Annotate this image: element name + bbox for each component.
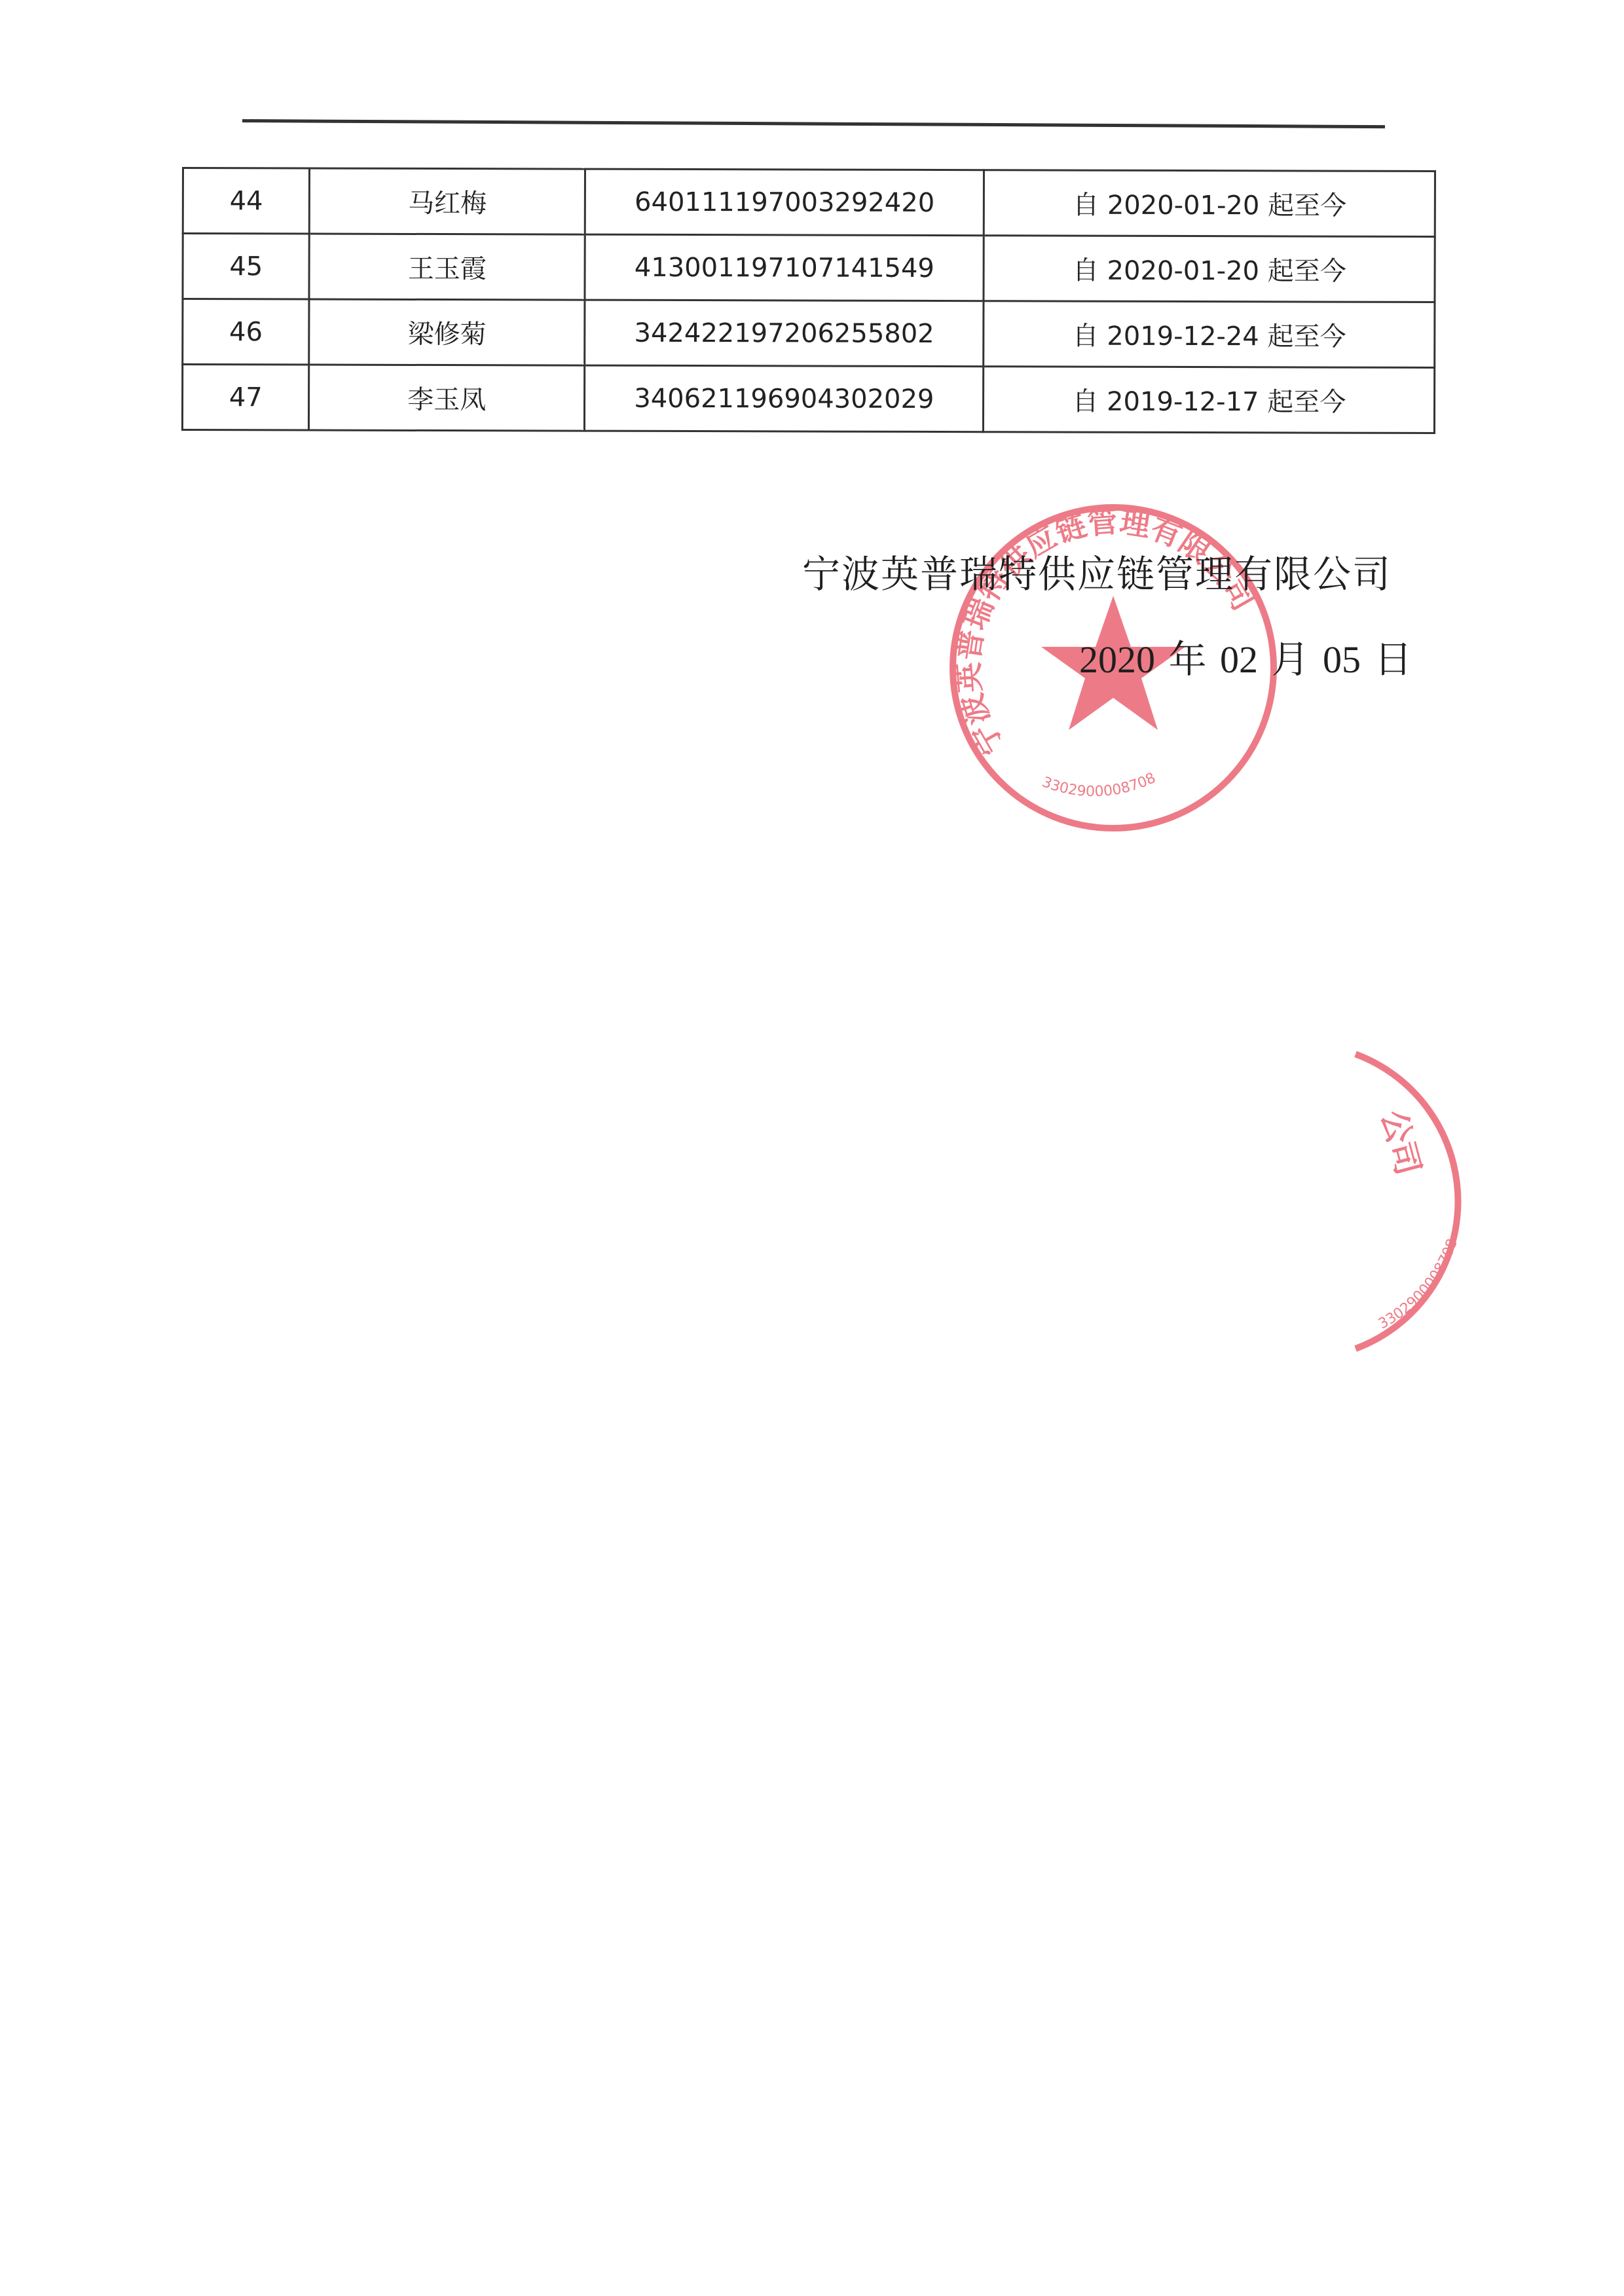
- employee-name: 王玉霞: [309, 234, 585, 300]
- signature-date: 2020 年 02 月 05 日: [1079, 629, 1412, 683]
- row-number: 45: [183, 234, 310, 300]
- employment-period: 自 2020-01-20 起至今: [984, 170, 1435, 237]
- employment-period: 自 2019-12-24 起至今: [984, 301, 1435, 368]
- employee-name: 梁修菊: [309, 299, 585, 365]
- employment-period: 自 2019-12-17 起至今: [984, 367, 1435, 433]
- table-row: 46 梁修菊 342422197206255802 自 2019-12-24 起…: [183, 299, 1435, 368]
- id-number: 640111197003292420: [585, 169, 984, 236]
- table-row: 44 马红梅 640111197003292420 自 2020-01-20 起…: [183, 168, 1435, 237]
- company-name: 宁波英普瑞特供应链管理有限公司: [802, 543, 1392, 598]
- id-number: 342422197206255802: [585, 300, 984, 367]
- table-row: 47 李玉凤 340621196904302029 自 2019-12-17 起…: [182, 365, 1434, 433]
- employee-table: 44 马红梅 640111197003292420 自 2020-01-20 起…: [181, 167, 1436, 434]
- partial-seal-text: 公司: [1374, 1106, 1428, 1179]
- row-number: 47: [182, 365, 309, 431]
- svg-text:3302900008708: 3302900008708: [1040, 770, 1158, 800]
- id-number: 340621196904302029: [585, 365, 984, 432]
- svg-text:3302900008708: 3302900008708: [1376, 1237, 1461, 1332]
- row-number: 44: [183, 168, 310, 234]
- id-number: 413001197107141549: [585, 234, 984, 301]
- employee-name: 李玉凤: [309, 365, 585, 431]
- table-row: 45 王玉霞 413001197107141549 自 2020-01-20 起…: [183, 234, 1435, 302]
- employment-period: 自 2020-01-20 起至今: [984, 236, 1435, 302]
- seal-code: 3302900008708: [1040, 770, 1158, 800]
- partial-seal-icon: 公司 3302900008708: [1349, 1041, 1526, 1355]
- employee-name: 马红梅: [310, 168, 585, 234]
- row-number: 46: [183, 299, 310, 365]
- header-rule: [242, 119, 1385, 128]
- partial-seal-code: 3302900008708: [1376, 1237, 1461, 1332]
